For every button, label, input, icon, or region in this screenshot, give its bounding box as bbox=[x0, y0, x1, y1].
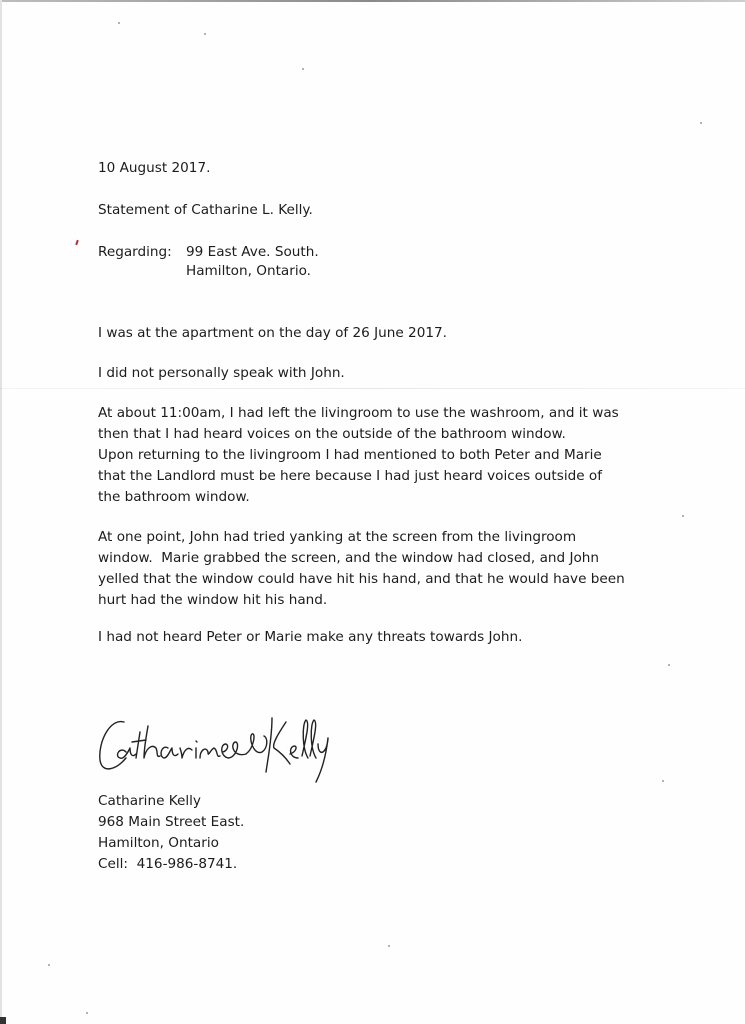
paragraph-line: hurt had the window hit his hand. bbox=[98, 590, 688, 611]
regarding-label: Regarding: bbox=[98, 242, 186, 263]
paragraph-line: At one point, John had tried yanking at … bbox=[98, 527, 688, 548]
scan-speck bbox=[668, 664, 670, 666]
paragraph-1: I was at the apartment on the day of 26 … bbox=[98, 323, 688, 344]
paragraph-4: At one point, John had tried yanking at … bbox=[98, 527, 688, 611]
regarding-address-line2: Hamilton, Ontario. bbox=[186, 261, 311, 282]
signatory-phone: Cell: 416-986-8741. bbox=[98, 854, 237, 875]
statement-date: 10 August 2017. bbox=[98, 158, 210, 179]
scan-speck bbox=[86, 1012, 88, 1014]
scan-speck bbox=[388, 945, 390, 947]
signatory-city: Hamilton, Ontario bbox=[98, 833, 219, 854]
signatory-street: 968 Main Street East. bbox=[98, 812, 244, 833]
paragraph-line: that the Landlord must be here because I… bbox=[98, 466, 688, 487]
paragraph-3: At about 11:00am, I had left the livingr… bbox=[98, 403, 688, 508]
stray-pen-mark bbox=[75, 240, 79, 245]
paragraph-5: I had not heard Peter or Marie make any … bbox=[98, 627, 688, 648]
scan-speck bbox=[700, 122, 702, 124]
scanned-page: 10 August 2017. Statement of Catharine L… bbox=[0, 0, 745, 1024]
regarding-address-line1: 99 East Ave. South. bbox=[186, 244, 319, 260]
paragraph-line: the bathroom window. bbox=[98, 487, 688, 508]
paragraph-line: At about 11:00am, I had left the livingr… bbox=[98, 403, 688, 424]
scan-top-edge bbox=[0, 0, 745, 2]
signatory-name: Catharine Kelly bbox=[98, 791, 201, 812]
paragraph-line: I did not personally speak with John. bbox=[98, 363, 688, 384]
paragraph-line: Upon returning to the livingroom I had m… bbox=[98, 445, 688, 466]
paragraph-line: yelled that the window could have hit hi… bbox=[98, 569, 688, 590]
scan-speck bbox=[682, 515, 684, 517]
paragraph-line: I was at the apartment on the day of 26 … bbox=[98, 323, 688, 344]
paper-fold-line bbox=[0, 388, 745, 389]
scan-speck bbox=[302, 68, 304, 70]
scan-speck bbox=[118, 22, 120, 24]
regarding-block: Regarding:99 East Ave. South. bbox=[98, 242, 319, 263]
scan-left-edge bbox=[0, 0, 2, 1024]
statement-title: Statement of Catharine L. Kelly. bbox=[98, 200, 313, 221]
paragraph-line: I had not heard Peter or Marie make any … bbox=[98, 627, 688, 648]
paragraph-line: window. Marie grabbed the screen, and th… bbox=[98, 548, 688, 569]
scan-speck bbox=[662, 780, 664, 782]
scan-speck bbox=[204, 33, 206, 35]
scan-corner-mark bbox=[0, 1017, 6, 1024]
handwritten-signature bbox=[96, 708, 336, 788]
paragraph-line: then that I had heard voices on the outs… bbox=[98, 424, 688, 445]
paragraph-2: I did not personally speak with John. bbox=[98, 363, 688, 384]
scan-speck bbox=[48, 964, 50, 966]
